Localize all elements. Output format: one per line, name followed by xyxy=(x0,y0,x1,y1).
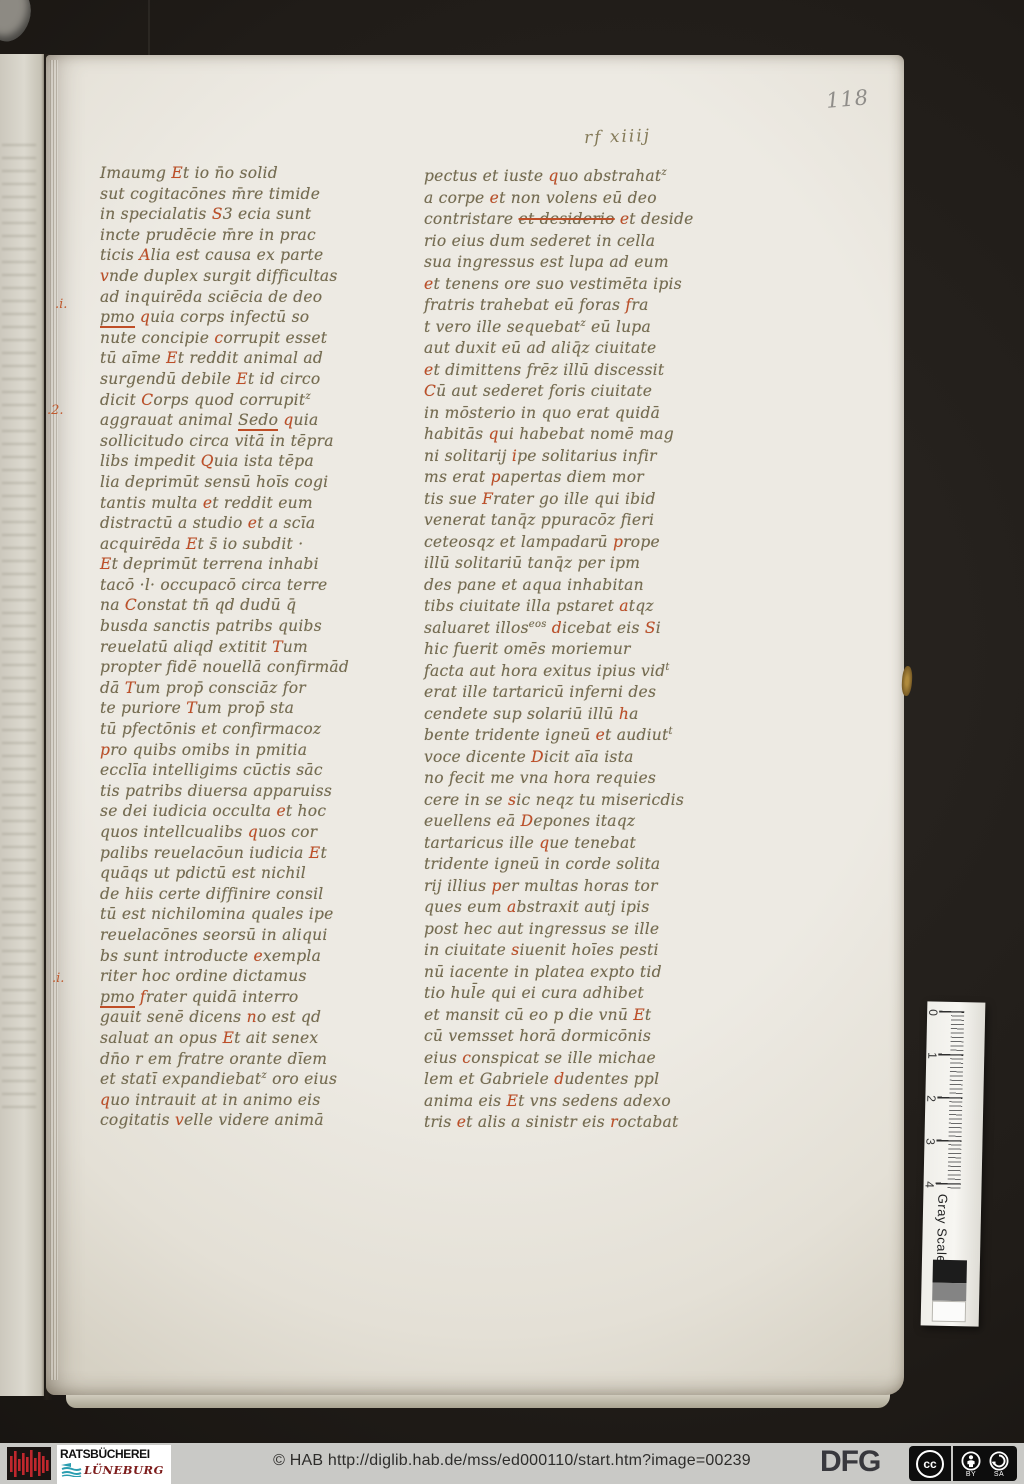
manuscript-line: Cū aut sederet foris ciuitate xyxy=(424,381,854,403)
manuscript-line: tridente igneū in corde solita xyxy=(424,854,854,876)
grayscale-ruler: 01234 Gray Scale xyxy=(921,1001,986,1326)
manuscript-line: contristare et desiderio et deside xyxy=(424,209,854,231)
manuscript-line: tū pfectōnis et confirmacoz xyxy=(100,719,412,740)
manuscript-line: sut cogitacōnes m̄re timide xyxy=(100,184,412,205)
manuscript-line: post hec aut ingressus se ille xyxy=(424,919,854,941)
ruler-number: 0 xyxy=(926,1006,940,1018)
manuscript-line: riter hoc ordine dictamus xyxy=(100,966,412,987)
manuscript-line: et mansit cū eo p die vnū Et xyxy=(424,1005,854,1027)
manuscript-line: bente tridente igneū et audiutt xyxy=(424,725,854,747)
manuscript-line: ms erat papertas diem mor xyxy=(424,467,854,489)
manuscript-line: quo intrauit at in animo eis xyxy=(100,1090,412,1111)
ruler-number: 4 xyxy=(922,1178,936,1190)
dfg-logo: DFG xyxy=(820,1445,880,1479)
grayscale-label: Gray Scale xyxy=(934,1194,950,1264)
manuscript-line: ceteosqz et lampadarū prope xyxy=(424,532,854,554)
manuscript-line: busda sanctis patribs quibs xyxy=(100,616,412,637)
show-through-text xyxy=(2,144,36,1114)
manuscript-line: saluat an opus Et ait senex xyxy=(100,1028,412,1049)
cc-icon: cc xyxy=(909,1446,953,1481)
manuscript-line: gauit senē dicens no est qd xyxy=(100,1007,412,1028)
manuscript-line: tio hul̄e qui ei cura adhibet xyxy=(424,983,854,1005)
manuscript-line: no fecit me vna hora requies xyxy=(424,768,854,790)
margin-mark-1: .i. xyxy=(55,297,67,312)
manuscript-line: ni solitarij ipe solitarius infir xyxy=(424,446,854,468)
manuscript-column-right: pectus et iuste quo abstrahatza corpe et… xyxy=(424,166,854,1134)
manuscript-line: ques eum abstraxit autj ipis xyxy=(424,897,854,919)
manuscript-line: in ciuitate siuenit hoīes pesti xyxy=(424,940,854,962)
stacked-leaf-lines xyxy=(50,60,58,1380)
manuscript-line: tantis multa et reddit eum xyxy=(100,493,412,514)
manuscript-line: sollicitudo circa vitā in tēpra xyxy=(100,431,412,452)
manuscript-line: tū est nichilomina quales ipe xyxy=(100,904,412,925)
grayscale-patch-white xyxy=(932,1301,966,1323)
manuscript-line: quāqs ut pdictū est nichil xyxy=(100,863,412,884)
manuscript-line: fratris trahebat eū foras fra xyxy=(424,295,854,317)
manuscript-line: cere in se sic neqz tu misericdis xyxy=(424,790,854,812)
manuscript-line: sua ingressus est lupa ad eum xyxy=(424,252,854,274)
manuscript-line: acquirēda Et s̄ io subdit · xyxy=(100,534,412,555)
manuscript-line: eius conspicat se ille michae xyxy=(424,1048,854,1070)
footer-bar: RATSBÜCHEREI LÜNEBURG © HAB http://digli… xyxy=(0,1443,1024,1484)
manuscript-line: cogitatis velle videre animā xyxy=(100,1110,412,1131)
manuscript-line: te puriore Tum prop̄ sta xyxy=(100,698,412,719)
manuscript-line: nū iacente in platea expto tid xyxy=(424,962,854,984)
manuscript-line: tis patribs diuersa apparuiss xyxy=(100,781,412,802)
folio-number: 118 xyxy=(825,85,870,113)
manuscript-line: euellens eā Depones itaqz xyxy=(424,811,854,833)
manuscript-line: pmo quia corps infectū so xyxy=(100,307,412,328)
manuscript-line: pectus et iuste quo abstrahatz xyxy=(424,166,854,188)
manuscript-line: in mōsterio in quo erat quidā xyxy=(424,403,854,425)
manuscript-line: Imaumg Et io n̄o solid xyxy=(100,163,412,184)
manuscript-line: venerat tanq̄z ppuracōz fieri xyxy=(424,510,854,532)
manuscript-line: anima eis Et vns sedens adexo xyxy=(424,1091,854,1113)
manuscript-line: saluaret illoseos dicebat eis Si xyxy=(424,618,854,640)
ruler-numbers: 01234 xyxy=(927,1001,985,1002)
manuscript-line: tris et alis a sinistr eis roctabat xyxy=(424,1112,854,1134)
ruler-mm-ticks xyxy=(947,1011,964,1189)
manuscript-line: pmo frater quidā interro xyxy=(100,987,412,1008)
film-seam xyxy=(148,0,150,56)
manuscript-line: se dei iudicia occulta et hoc xyxy=(100,801,412,822)
manuscript-line: ad inquirēda sciēcia de deo xyxy=(100,287,412,308)
manuscript-line: rij illius per multas horas tor xyxy=(424,876,854,898)
manuscript-line: in specialatis S3 ecia sunt xyxy=(100,204,412,225)
manuscript-line: surgendū debile Et id circo xyxy=(100,369,412,390)
manuscript-line: et dimittens frēz illū discessit xyxy=(424,360,854,382)
manuscript-line: habitās qui habebat nomē mag xyxy=(424,424,854,446)
margin-mark-3: .i. xyxy=(52,971,64,986)
manuscript-line: palibs reuelacōun iudicia Et xyxy=(100,843,412,864)
manuscript-column-left: Imaumg Et io n̄o solidsut cogitacōnes m̄… xyxy=(100,163,412,1131)
manuscript-line: na Constat tn̄ qd dudū q̄ xyxy=(100,595,412,616)
margin-mark-2: .2. xyxy=(47,403,64,418)
manuscript-line: dicit Corps quod corrupitz xyxy=(100,390,412,411)
manuscript-line: aggrauat animal Sedo quia xyxy=(100,410,412,431)
manuscript-line: voce dicente Dicit aīa ista xyxy=(424,747,854,769)
cc-by-icon: BY xyxy=(961,1451,981,1478)
manuscript-line: pro quibs omibs in pmitia xyxy=(100,740,412,761)
cc-license-badge: cc BY SA xyxy=(909,1446,1017,1481)
manuscript-line: quos intellcualibs quos cor xyxy=(100,822,412,843)
manuscript-line: tū aīme Et reddit animal ad xyxy=(100,348,412,369)
manuscript-line: libs impedit Quia ista tēpa xyxy=(100,451,412,472)
manuscript-line: hic fuerit omēs moriemur xyxy=(424,639,854,661)
quire-mark: rf xiiij xyxy=(584,126,652,148)
wax-spot xyxy=(901,666,913,697)
manuscript-line: tibs ciuitate illa pstaret atqz xyxy=(424,596,854,618)
page-holder-clip xyxy=(0,0,37,47)
cc-sa-icon: SA xyxy=(989,1451,1009,1478)
manuscript-line: tacō ·l· occupacō circa terre xyxy=(100,575,412,596)
manuscript-line: t vero ille sequebatz eū lupa xyxy=(424,317,854,339)
facing-page-edge xyxy=(0,54,44,1396)
manuscript-line: des pane et aqua inhabitan xyxy=(424,575,854,597)
manuscript-line: Et deprimūt terrena inhabi xyxy=(100,554,412,575)
manuscript-line: erat ille tartaricū inferni des xyxy=(424,682,854,704)
manuscript-line: et statī expandiebatz oro eius xyxy=(100,1069,412,1090)
manuscript-line: cū vemsset horā dormicōnis xyxy=(424,1026,854,1048)
manuscript-line: lem et Gabriele dudentes ppl xyxy=(424,1069,854,1091)
manuscript-line: tis sue Frater go ille qui ibid xyxy=(424,489,854,511)
manuscript-line: incte prudēcie m̄re in prac xyxy=(100,225,412,246)
manuscript-line: et tenens ore suo vestimēta ipis xyxy=(424,274,854,296)
manuscript-line: cendete sup solariū illū ha xyxy=(424,704,854,726)
manuscript-line: dn̄o r em fratre orante dīem xyxy=(100,1049,412,1070)
manuscript-line: illū solitariū tanq̄z per ipm xyxy=(424,553,854,575)
manuscript-line: bs sunt introducte exempla xyxy=(100,946,412,967)
ruler-number: 3 xyxy=(923,1135,937,1147)
manuscript-line: nute concipie corrupit esset xyxy=(100,328,412,349)
manuscript-line: dā Tum prop̄ consciāz for xyxy=(100,678,412,699)
manuscript-line: rio eius dum sederet in cella xyxy=(424,231,854,253)
grayscale-patch-black xyxy=(933,1260,967,1284)
manuscript-line: distractū a studio et a scīa xyxy=(100,513,412,534)
manuscript-line: reuelacōnes seorsū in aliqui xyxy=(100,925,412,946)
manuscript-line: vnde duplex surgit difficultas xyxy=(100,266,412,287)
manuscript-line: reuelatū aliqd extitit Tum xyxy=(100,637,412,658)
manuscript-photo: 118 rf xiiij .i. .2. .i. Imaumg Et io n̄… xyxy=(0,0,1024,1443)
manuscript-line: lia deprimūt sensū hoīs cogi xyxy=(100,472,412,493)
manuscript-line: ticis Alia est causa ex parte xyxy=(100,245,412,266)
manuscript-line: facta aut hora exitus ipius vidt xyxy=(424,661,854,683)
ruler-number: 2 xyxy=(924,1092,938,1104)
manuscript-line: tartaricus ille que tenebat xyxy=(424,833,854,855)
manuscript-line: aut duxit eū ad aliq̄z ciuitate xyxy=(424,338,854,360)
manuscript-line: de hiis certe diffinire consil xyxy=(100,884,412,905)
manuscript-line: ecclīa intelligims cūctis sāc xyxy=(100,760,412,781)
grayscale-patch-gray xyxy=(932,1283,966,1302)
ruler-number: 1 xyxy=(925,1049,939,1061)
manuscript-line: propter fidē nouellā confirmād xyxy=(100,657,412,678)
manuscript-line: a corpe et non volens eū deo xyxy=(424,188,854,210)
